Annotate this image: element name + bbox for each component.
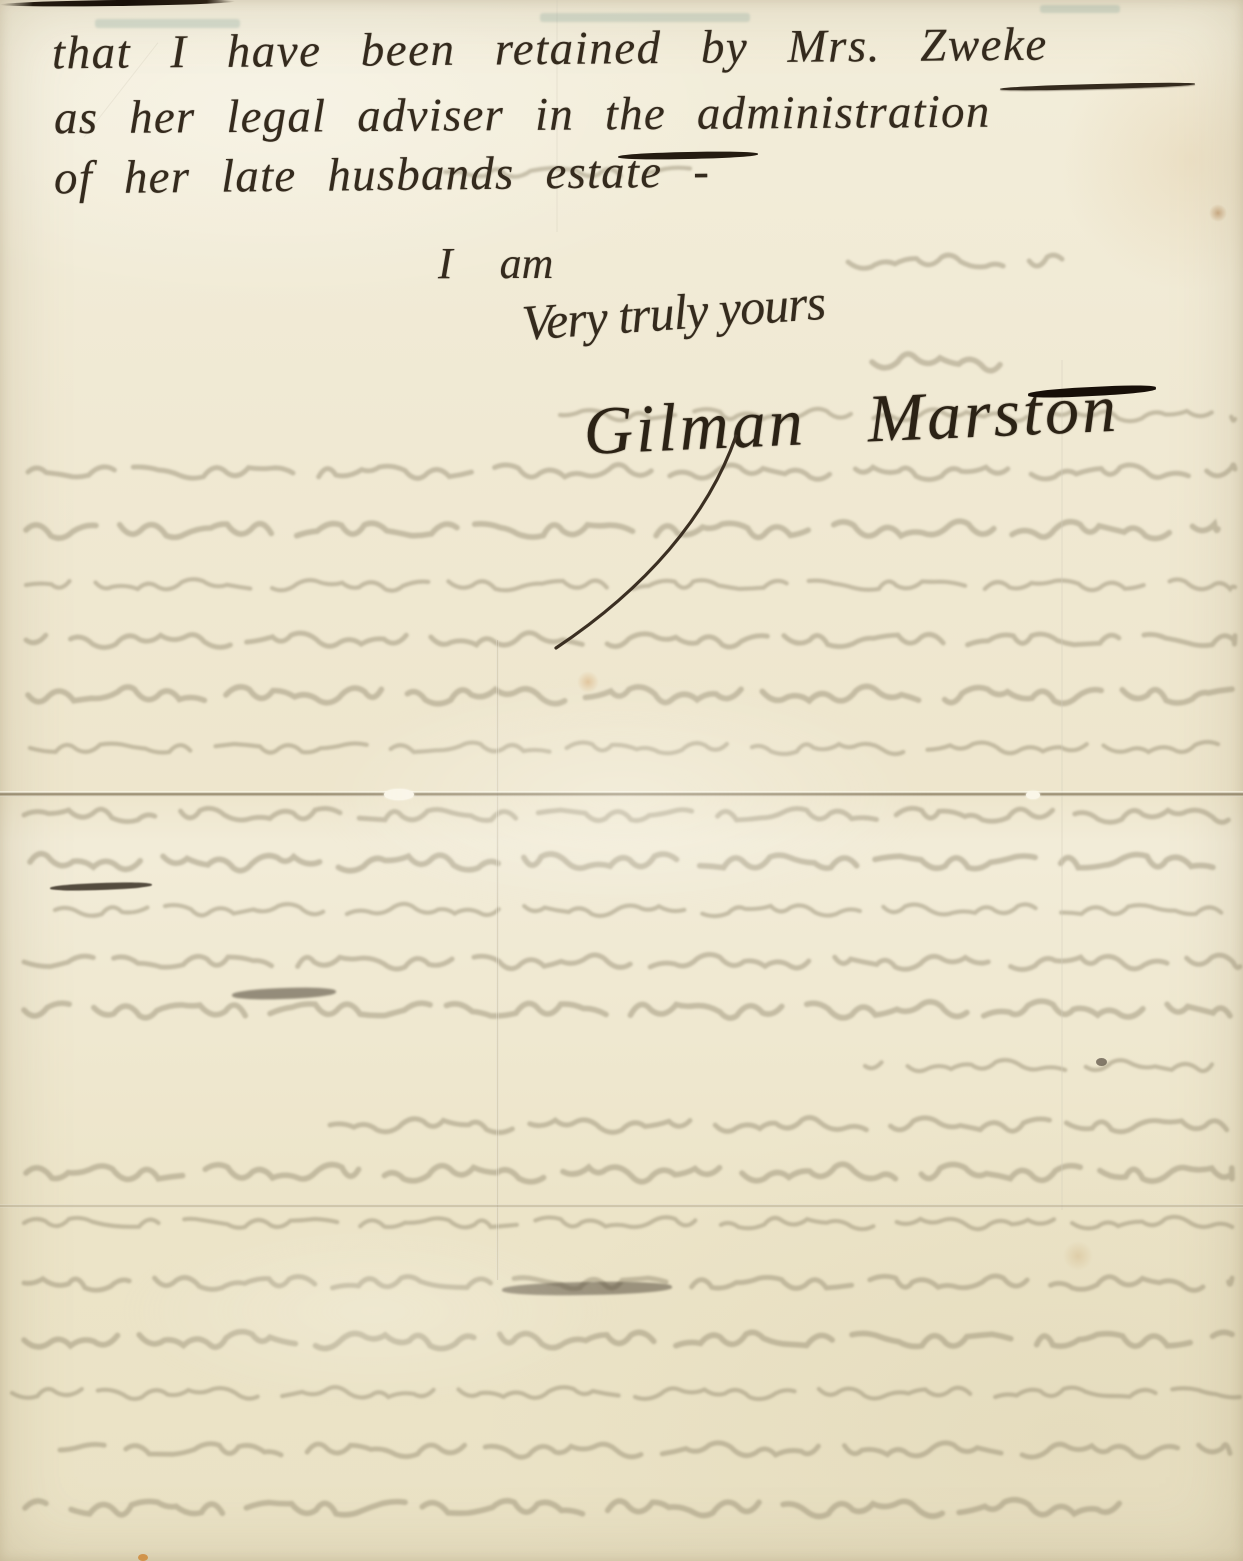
bleedthrough-line bbox=[24, 1001, 1230, 1018]
fold-crease-horizontal-main bbox=[0, 791, 1243, 797]
fold-crease-horizontal-lower bbox=[0, 1204, 1243, 1208]
fold-damage-chip bbox=[1026, 791, 1040, 799]
ink-dot bbox=[1096, 1058, 1107, 1066]
bleedthrough-line bbox=[24, 808, 1240, 822]
closing-line-1: I am bbox=[438, 238, 553, 289]
bleedthrough-line bbox=[26, 1164, 1232, 1182]
letter-body-line-1: that I have been retained by Mrs. Zweke bbox=[52, 18, 1048, 81]
bleedthrough-layer bbox=[0, 0, 1243, 1561]
bleedthrough-line bbox=[30, 854, 1230, 871]
bleedthrough-line bbox=[60, 1443, 1230, 1458]
bleedthrough-line bbox=[30, 742, 1218, 754]
faint-edge-smudge bbox=[1040, 5, 1120, 13]
letter-body-line-3: of her late husbands estate - bbox=[54, 145, 711, 206]
letter-body-line-2: as her legal adviser in the administrati… bbox=[54, 85, 991, 146]
bleedthrough-line bbox=[24, 1217, 1240, 1229]
bleedthrough-line bbox=[872, 354, 1000, 371]
vertical-fold-crease bbox=[496, 640, 499, 1280]
signature-flourish bbox=[548, 430, 748, 660]
letter-page: that I have been retained by Mrs. Zweke … bbox=[0, 0, 1243, 1561]
bleedthrough-line bbox=[848, 255, 1062, 268]
bleedthrough-line bbox=[24, 955, 1240, 970]
fold-damage-chip bbox=[384, 789, 414, 800]
bleedthrough-line bbox=[330, 1118, 1232, 1133]
bleedthrough-line bbox=[25, 1500, 1130, 1517]
bleedthrough-line bbox=[24, 1332, 1232, 1349]
bleedthrough-line bbox=[12, 1387, 1240, 1399]
bleedthrough-line bbox=[55, 904, 1232, 916]
bleedthrough-line bbox=[865, 1060, 1212, 1071]
bleedthrough-line bbox=[28, 686, 1232, 703]
scan-edge-speck bbox=[138, 1554, 148, 1561]
vertical-fold-crease bbox=[1061, 360, 1063, 1210]
